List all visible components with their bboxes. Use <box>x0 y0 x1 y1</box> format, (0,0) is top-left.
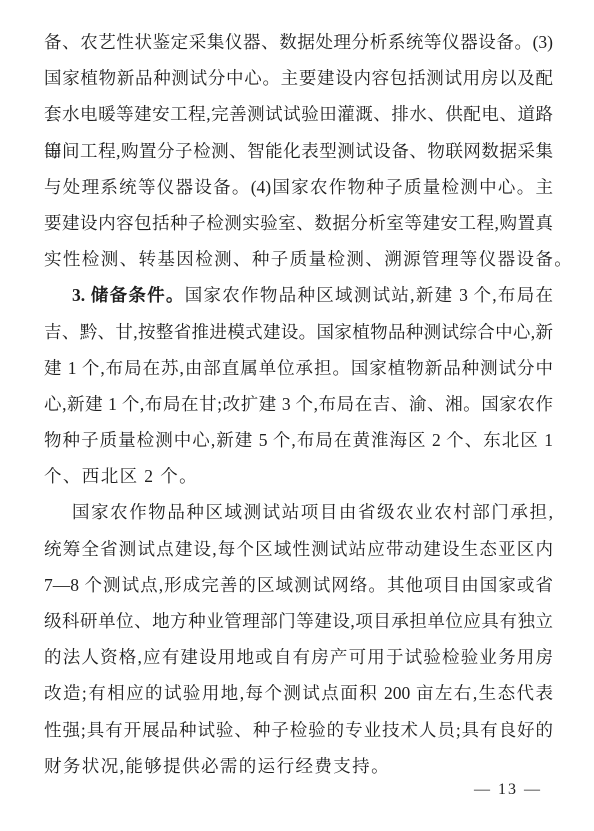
text-line: 国家植物新品种测试分中心。主要建设内容包括测试用房以及配 <box>44 60 553 96</box>
text-line: 建 1 个,布局在苏,由部直属单位承担。国家植物新品种测试分中 <box>44 350 553 386</box>
text-line: 改造;有相应的试验用地,每个测试点面积 200 亩左右,生态代表 <box>44 675 553 711</box>
text-line: 要建设内容包括种子检测实验室、数据分析室等建安工程,购置真 <box>44 205 553 241</box>
text-line: 备、农艺性状鉴定采集仪器、数据处理分析系统等仪器设备。(3) <box>44 24 553 60</box>
text-line: 个、西北区 2 个。 <box>44 458 553 494</box>
text-line: 吉、黔、甘,按整省推进模式建设。国家植物品种测试综合中心,新 <box>44 314 553 350</box>
bold-lead: 3. 储备条件。 <box>72 285 185 305</box>
text-line: 的法人资格,应有建设用地或自有房产可用于试验检验业务用房 <box>44 639 553 675</box>
text-line: 与处理系统等仪器设备。(4)国家农作物种子质量检测中心。主 <box>44 169 553 205</box>
text-line: 套水电暖等建安工程,完善测试试验田灌溉、排水、供配电、道路等 <box>44 96 553 132</box>
text-line: 心,新建 1 个,布局在甘;改扩建 3 个,布局在吉、渝、湘。国家农作 <box>44 386 553 422</box>
text-line: 统筹全省测试点建设,每个区域性测试站应带动建设生态亚区内 <box>44 531 553 567</box>
text-line: 物种子质量检测中心,新建 5 个,布局在黄淮海区 2 个、东北区 1 <box>44 422 553 458</box>
text-line: 级科研单位、地方种业管理部门等建设,项目承担单位应具有独立 <box>44 603 553 639</box>
document-body: 备、农艺性状鉴定采集仪器、数据处理分析系统等仪器设备。(3)国家植物新品种测试分… <box>44 24 553 784</box>
text-line: 7—8 个测试点,形成完善的区域测试网络。其他项目由国家或省 <box>44 567 553 603</box>
page-number: — 13 — <box>474 781 542 799</box>
text-line: 国家农作物品种区域测试站项目由省级农业农村部门承担, <box>44 494 553 530</box>
text-line: 实性检测、转基因检测、种子质量检测、溯源管理等仪器设备。 <box>44 241 553 277</box>
text-line: 性强;具有开展品种试验、种子检验的专业技术人员;具有良好的 <box>44 712 553 748</box>
text-line: 3. 储备条件。国家农作物品种区域测试站,新建 3 个,布局在 <box>44 277 553 313</box>
text-line: 财务状况,能够提供必需的运行经费支持。 <box>44 748 553 784</box>
text-line: 田间工程,购置分子检测、智能化表型测试设备、物联网数据采集 <box>44 133 553 169</box>
document-page: 备、农艺性状鉴定采集仪器、数据处理分析系统等仪器设备。(3)国家植物新品种测试分… <box>0 0 594 831</box>
